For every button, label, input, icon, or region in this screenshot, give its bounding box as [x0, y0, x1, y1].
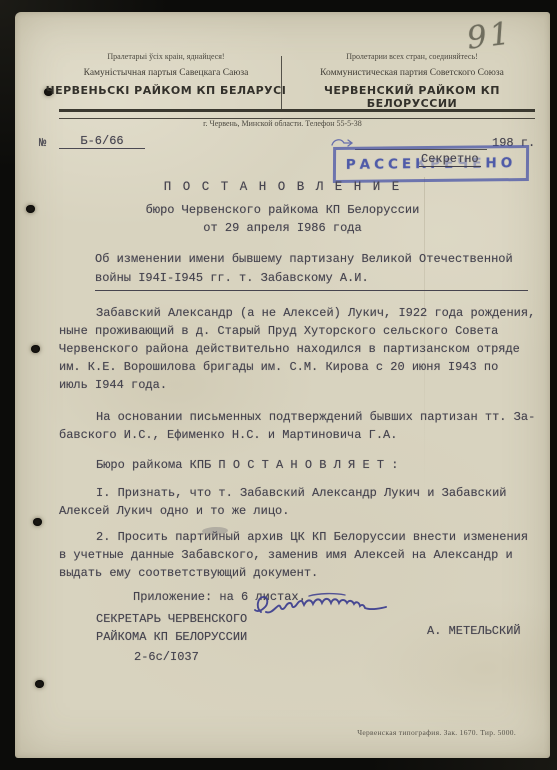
party-name-left: Камуністычная партыя Савецкага Саюза — [43, 68, 289, 78]
letterhead-divider — [281, 56, 282, 110]
print-shop-imprint: Червенская типография. Зак. 1670. Тир. 5… — [357, 728, 516, 737]
committee-name-right: ЧЕРВЕНСКИЙ РАЙКОМ КП БЕЛОРУССИИ — [289, 84, 535, 110]
body-line: Алексей Лукич одно и то же лицо. — [59, 502, 541, 520]
paragraph-2: На основании письменных подтверждений бы… — [59, 408, 541, 444]
body-line: в учетные данные Забавского, заменив имя… — [59, 546, 541, 564]
body-line: Червенского района действительно находил… — [59, 340, 541, 358]
document-subtitle: бюро Червенского райкома КП Белоруссии — [15, 203, 550, 217]
letterhead: Пралетарыі ўсіх краін, яднайцеся! Камуні… — [43, 52, 535, 110]
body-line: 2. Просить партийный архив ЦК КП Белорус… — [59, 528, 541, 546]
body-line: ныне проживающий в д. Старый Пруд Хуторс… — [59, 322, 541, 340]
body-line: На основании письменных подтверждений бы… — [59, 408, 541, 426]
subject-block: Об изменении имени бывшему партизану Вел… — [95, 250, 513, 288]
paragraph-resolves: Бюро райкома КПБ П О С Т А Н О В Л Я Е Т… — [59, 456, 541, 474]
resolution-item-2: 2. Просить партийный архив ЦК КП Белорус… — [59, 528, 541, 582]
subject-line-2: войны I94I-I945 гг. т. Забавскому А.И. — [95, 269, 513, 288]
body-line: им. К.Е. Ворошилова бригады им. С.М. Кир… — [59, 358, 541, 376]
handwritten-signature — [247, 584, 407, 633]
subject-line-1: Об изменении имени бывшему партизану Вел… — [95, 250, 513, 269]
body-line: бавского И.С., Ефименко Н.С. и Мартинови… — [59, 426, 541, 444]
file-reference: 2-6с/I037 — [134, 650, 199, 664]
signatory-title-line-2: РАЙКОМА КП БЕЛОРУССИИ — [96, 628, 247, 646]
letterhead-russian: Пролетарии всех стран, соединяйтесь! Ком… — [289, 52, 535, 110]
document-number: Б-6/66 — [59, 134, 145, 149]
subject-underline — [95, 290, 528, 291]
punch-hole — [31, 345, 40, 353]
punch-hole — [35, 680, 44, 688]
punch-hole — [33, 518, 42, 526]
body-line: Бюро райкома КПБ П О С Т А Н О В Л Я Е Т… — [59, 456, 541, 474]
letterhead-address: г. Червень, Минской области. Телефон 55-… — [15, 119, 550, 128]
committee-name-left: ЧЕРВЕНЬСКІ РАЙКОМ КП БЕЛАРУСІ — [43, 84, 289, 97]
slogan-right: Пролетарии всех стран, соединяйтесь! — [289, 52, 535, 61]
letterhead-belarusian: Пралетарыі ўсіх краін, яднайцеся! Камуні… — [43, 52, 289, 110]
body-line: выдать ему соответствующий документ. — [59, 564, 541, 582]
classification-label: Секретно — [419, 152, 481, 167]
paragraph-1: Забавский Александр (а не Алексей) Лукич… — [59, 304, 541, 394]
body-line: июль I944 года. — [59, 376, 541, 394]
document-page: 91 Пралетарыі ўсіх краін, яднайцеся! Кам… — [15, 12, 550, 758]
handwritten-page-number: 91 — [465, 15, 515, 56]
resolution-item-1: I. Признать, что т. Забавский Александр … — [59, 484, 541, 520]
letterhead-rule — [59, 109, 535, 119]
slogan-left: Пралетарыі ўсіх краін, яднайцеся! — [43, 52, 289, 61]
signatory-title: СЕКРЕТАРЬ ЧЕРВЕНСКОГО РАЙКОМА КП БЕЛОРУС… — [96, 610, 247, 646]
signatory-name: А. МЕТЕЛЬСКИЙ — [427, 624, 521, 638]
document-title: П О С Т А Н О В Л Е Н И Е — [15, 180, 550, 194]
document-date: от 29 апреля I986 года — [15, 221, 550, 235]
scanned-document: 91 Пралетарыі ўсіх краін, яднайцеся! Кам… — [0, 0, 557, 770]
signatory-title-line-1: СЕКРЕТАРЬ ЧЕРВЕНСКОГО — [96, 610, 247, 628]
body-line: I. Признать, что т. Забавский Александр … — [59, 484, 541, 502]
document-body: Забавский Александр (а не Алексей) Лукич… — [59, 304, 541, 606]
number-sign: № — [39, 136, 46, 150]
party-name-right: Коммунистическая партия Советского Союза — [289, 68, 535, 78]
body-line: Забавский Александр (а не Алексей) Лукич… — [59, 304, 541, 322]
